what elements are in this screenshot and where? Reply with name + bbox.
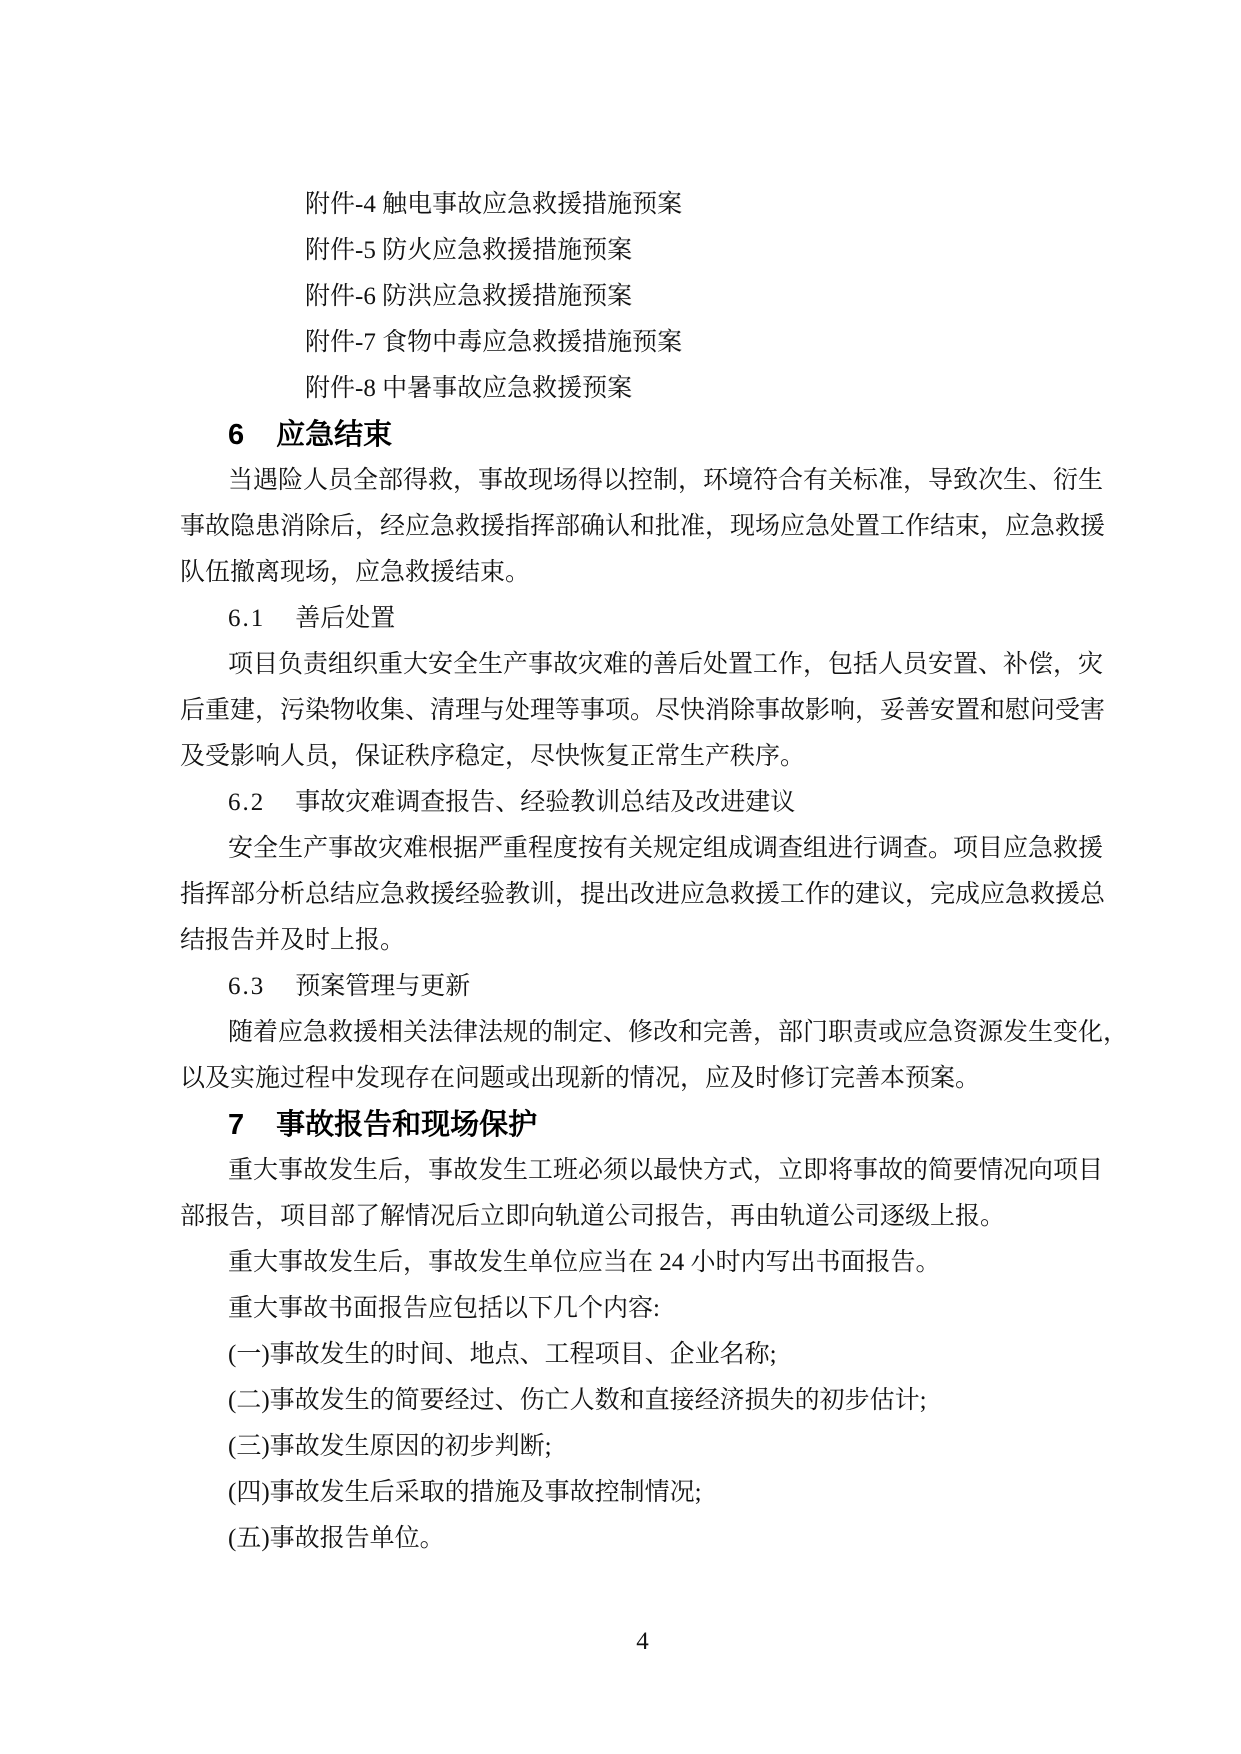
subsection-heading: 6.1善后处置 xyxy=(180,596,1105,642)
paragraph-line: 部报告，项目部了解情况后立即向轨道公司报告，再由轨道公司逐级上报。 xyxy=(180,1194,1105,1240)
subsection-heading-number: 6.1 xyxy=(228,605,265,632)
paragraph-line: 以及实施过程中发现存在问题或出现新的情况，应及时修订完善本预案。 xyxy=(180,1056,1105,1102)
paragraph-line: 后重建，污染物收集、清理与处理等事项。尽快消除事故影响，妥善安置和慰问受害 xyxy=(180,688,1105,734)
section-heading-title: 应急结束 xyxy=(276,419,392,451)
paragraph-line: 项目负责组织重大安全生产事故灾难的善后处置工作，包括人员安置、补偿，灾 xyxy=(180,642,1105,688)
attachment-item: 附件-8 中暑事故应急救援预案 xyxy=(180,366,1105,412)
section-heading-number: 6 xyxy=(228,419,244,451)
paragraph-line: 安全生产事故灾难根据严重程度按有关规定组成调查组进行调查。项目应急救援 xyxy=(180,826,1105,872)
paragraph-line: 重大事故发生后，事故发生单位应当在 24 小时内写出书面报告。 xyxy=(180,1240,1105,1286)
paragraph-line: 指挥部分析总结应急救援经验教训，提出改进应急救援工作的建议，完成应急救援总 xyxy=(180,872,1105,918)
section-heading-number: 7 xyxy=(228,1109,244,1141)
report-list-item: (一)事故发生的时间、地点、工程项目、企业名称; xyxy=(180,1332,1105,1378)
attachment-item: 附件-7 食物中毒应急救援措施预案 xyxy=(180,320,1105,366)
paragraph-line: 重大事故书面报告应包括以下几个内容: xyxy=(180,1286,1105,1332)
document-body: 附件-4 触电事故应急救援措施预案附件-5 防火应急救援措施预案附件-6 防洪应… xyxy=(180,182,1105,1562)
subsection-heading-title: 事故灾难调查报告、经验教训总结及改进建议 xyxy=(295,789,795,816)
subsection-heading: 6.3预案管理与更新 xyxy=(180,964,1105,1010)
subsection-heading: 6.2事故灾难调查报告、经验教训总结及改进建议 xyxy=(180,780,1105,826)
paragraph-line: 队伍撤离现场，应急救援结束。 xyxy=(180,550,1105,596)
attachment-item: 附件-6 防洪应急救援措施预案 xyxy=(180,274,1105,320)
attachment-item: 附件-4 触电事故应急救援措施预案 xyxy=(180,182,1105,228)
paragraph-line: 当遇险人员全部得救，事故现场得以控制，环境符合有关标准，导致次生、衍生 xyxy=(180,458,1105,504)
paragraph-line: 重大事故发生后，事故发生工班必须以最快方式，立即将事故的简要情况向项目 xyxy=(180,1148,1105,1194)
section-heading: 7事故报告和现场保护 xyxy=(180,1102,1105,1148)
subsection-heading-number: 6.3 xyxy=(228,973,265,1000)
section-heading: 6应急结束 xyxy=(180,412,1105,458)
report-list-item: (三)事故发生原因的初步判断; xyxy=(180,1424,1105,1470)
paragraph-line: 结报告并及时上报。 xyxy=(180,918,1105,964)
report-list-item: (四)事故发生后采取的措施及事故控制情况; xyxy=(180,1470,1105,1516)
paragraph-line: 事故隐患消除后，经应急救援指挥部确认和批准，现场应急处置工作结束，应急救援 xyxy=(180,504,1105,550)
subsection-heading-title: 善后处置 xyxy=(295,605,395,632)
page-number: 4 xyxy=(180,1619,1105,1665)
attachment-item: 附件-5 防火应急救援措施预案 xyxy=(180,228,1105,274)
section-heading-title: 事故报告和现场保护 xyxy=(276,1109,537,1141)
paragraph-line: 及受影响人员，保证秩序稳定，尽快恢复正常生产秩序。 xyxy=(180,734,1105,780)
subsection-heading-title: 预案管理与更新 xyxy=(295,973,470,1000)
subsection-heading-number: 6.2 xyxy=(228,789,265,816)
report-list-item: (五)事故报告单位。 xyxy=(180,1516,1105,1562)
paragraph-line: 随着应急救援相关法律法规的制定、修改和完善，部门职责或应急资源发生变化， xyxy=(180,1010,1105,1056)
document-page: 附件-4 触电事故应急救援措施预案附件-5 防火应急救援措施预案附件-6 防洪应… xyxy=(0,0,1241,1754)
report-list-item: (二)事故发生的简要经过、伤亡人数和直接经济损失的初步估计; xyxy=(180,1378,1105,1424)
